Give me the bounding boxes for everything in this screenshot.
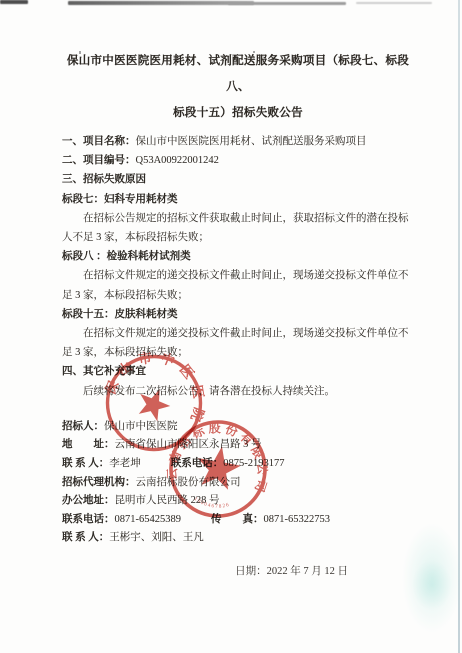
- scan-edge-artifact: [0, 0, 28, 4]
- phone-label: 联系电话：: [171, 458, 224, 469]
- scan-smudge: [412, 560, 452, 610]
- contact-person-value: 李老坤: [109, 458, 141, 469]
- supplement-body: 后续将发布二次招标公告，请各潜在投标人持续关注。: [62, 382, 414, 401]
- document-body: 保山市中医医院医用耗材、试剂配送服务采购项目（标段七、标段八、 标段十五）招标失…: [62, 48, 414, 578]
- fax-value: 0871-65322753: [264, 514, 331, 525]
- tenderer-label: 招标人：: [62, 421, 104, 432]
- project-name-line: 一、项目名称：保山市中医医院医用耗材、试剂配送服务采购项目: [62, 132, 414, 151]
- agency-value: 云南招标股份有限公司: [136, 477, 241, 488]
- date-line: 日期：2022 年 7 月 12 日: [62, 563, 414, 578]
- agency-contacts-label: 联 系 人：: [62, 532, 109, 543]
- scan-edge-artifact: [68, 1, 254, 5]
- section-15-body: 在招标文件规定的递交投标文件截止时间止，现场递交投标文件单位不足 3 家，本标段…: [62, 324, 414, 362]
- scan-edge-artifact: [228, 2, 346, 5]
- section-15-heading: 标段十五：皮肤科耗材类: [62, 305, 414, 324]
- fax-label: 传 真：: [211, 514, 264, 525]
- document-title-line2: 标段十五）招标失败公告: [62, 100, 414, 126]
- project-name-value: 保山市中医医院医用耗材、试剂配送服务采购项目: [136, 136, 367, 147]
- project-name-label: 一、项目名称：: [62, 136, 136, 147]
- agency-phone-line: 联系电话：0871-65425389传 真：0871-65322753: [62, 511, 414, 530]
- agency-phone-value: 0871-65425389: [115, 514, 182, 525]
- supplement-heading: 四、其它补充事宜: [62, 362, 414, 381]
- document-main-text: 一、项目名称：保山市中医医院医用耗材、试剂配送服务采购项目 二、项目编号：Q53…: [62, 132, 414, 401]
- phone-value: 0875-2193177: [223, 458, 284, 469]
- office-address-value: 昆明市人民西路 228 号: [115, 495, 220, 506]
- contact-person-line: 联 系 人：李老坤联系电话：0875-2193177: [62, 455, 414, 474]
- section-7-body: 在招标公告规定的招标文件获取截止时间止，获取招标文件的潜在投标人不足 3 家，本…: [62, 209, 414, 247]
- address-label: 地 址：: [62, 439, 115, 450]
- document-title-line1: 保山市中医医院医用耗材、试剂配送服务采购项目（标段七、标段八、: [62, 48, 414, 100]
- agency-label: 招标代理机构：: [62, 477, 136, 488]
- project-number-line: 二、项目编号：Q53A00922001242: [62, 151, 414, 170]
- project-number-label: 二、项目编号：: [62, 155, 136, 166]
- scan-edge-artifact: [356, 2, 432, 4]
- agency-contacts-line: 联 系 人：王彬宇、刘阳、王凡: [62, 529, 414, 548]
- document-title: 保山市中医医院医用耗材、试剂配送服务采购项目（标段七、标段八、 标段十五）招标失…: [62, 48, 414, 126]
- project-number-value: Q53A00922001242: [136, 155, 219, 166]
- section-8-body: 在招标文件规定的递交投标文件截止时间止，现场递交投标文件单位不足 3 家，本标段…: [62, 266, 414, 304]
- contact-block: 招标人：保山市中医医院 地 址：云南省保山市隆阳区永昌路 3 号 联 系 人：李…: [62, 418, 414, 548]
- address-line: 地 址：云南省保山市隆阳区永昌路 3 号: [62, 436, 414, 455]
- agency-phone-label: 联系电话：: [62, 514, 115, 525]
- agency-contacts-value: 王彬宇、刘阳、王凡: [109, 532, 204, 543]
- agency-line: 招标代理机构：云南招标股份有限公司: [62, 474, 414, 493]
- office-address-line: 办公地址：昆明市人民西路 228 号: [62, 492, 414, 511]
- section-8-heading: 标段八 ：检验科耗材试剂类: [62, 247, 414, 266]
- tenderer-line: 招标人：保山市中医医院: [62, 418, 414, 437]
- section-7-heading: 标段七：妇科专用耗材类: [62, 190, 414, 209]
- office-address-label: 办公地址：: [62, 495, 115, 506]
- address-value: 云南省保山市隆阳区永昌路 3 号: [115, 439, 262, 450]
- tenderer-value: 保山市中医医院: [104, 421, 178, 432]
- contact-person-label: 联 系 人：: [62, 458, 109, 469]
- failure-reason-heading: 三、招标失败原因: [62, 170, 414, 189]
- scanned-document-page: 保山市中医医院医用耗材、试剂配送服务采购项目（标段七、标段八、 标段十五）招标失…: [0, 0, 462, 653]
